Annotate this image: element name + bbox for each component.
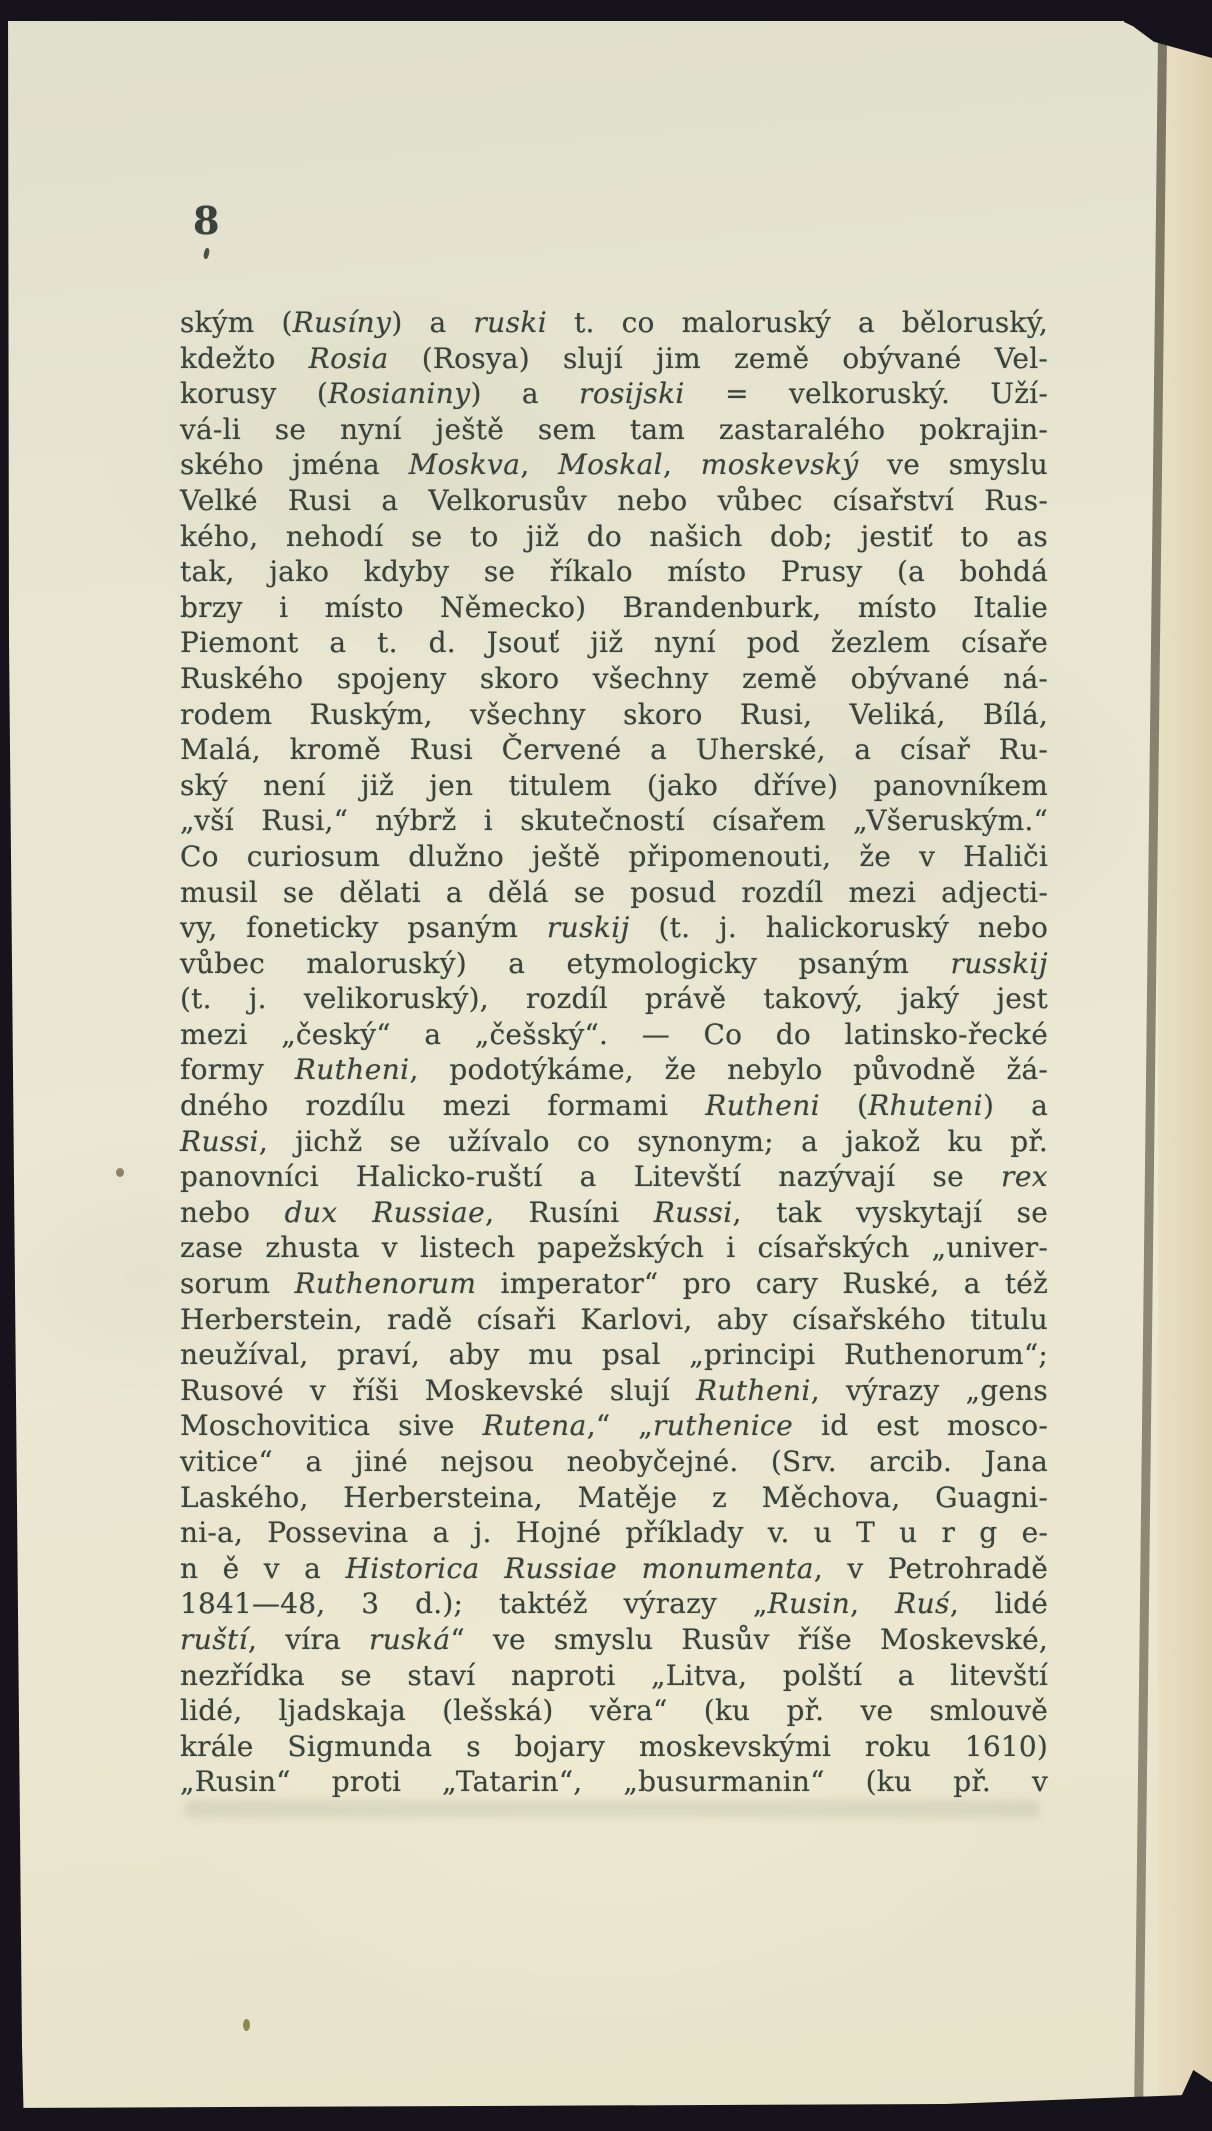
top-border bbox=[0, 0, 1212, 21]
text-line: vitice“ a jiné nejsou neobyčejné. (Srv. … bbox=[180, 1444, 1048, 1480]
text-line: rodem Ruským, všechny skoro Rusi, Veliká… bbox=[180, 697, 1048, 733]
text-line: vůbec maloruský) a etymologicky psaným r… bbox=[180, 946, 1048, 982]
text-line: formy Rutheni, podotýkáme, že nebylo pův… bbox=[180, 1052, 1048, 1088]
text-line: neužíval, praví, aby mu psal „principi R… bbox=[180, 1337, 1048, 1373]
text-line: korusy (Rosianiny) a rosijski = velkorus… bbox=[180, 376, 1048, 412]
adjacent-page-edge bbox=[1158, 0, 1212, 2131]
text-line: 1841—48, 3 d.); taktéž výrazy „Rusin, Ru… bbox=[180, 1586, 1048, 1622]
text-line: Moschovitica sive Rutena,“ „ruthenice id… bbox=[180, 1408, 1048, 1444]
text-line: ruští, víra ruská“ ve smyslu Rusův říše … bbox=[180, 1622, 1048, 1658]
text-line: krále Sigmunda s bojary moskevskými roku… bbox=[180, 1729, 1048, 1765]
text-line: panovníci Halicko-ruští a Litevští nazýv… bbox=[180, 1159, 1048, 1195]
text-line: tak, jako kdyby se říkalo místo Prusy (a… bbox=[180, 554, 1048, 590]
text-line: ského jména Moskva, Moskal, moskevský ve… bbox=[180, 447, 1048, 483]
text-line: Malá, kromě Rusi Červené a Uherské, a cí… bbox=[180, 732, 1048, 768]
ink-smudge bbox=[185, 1800, 1040, 1818]
text-line: vy, foneticky psaným ruskij (t. j. halic… bbox=[180, 910, 1048, 946]
ink-speck bbox=[243, 2019, 250, 2031]
body-text: ským (Rusíny) a ruski t. co maloruský a … bbox=[180, 305, 1048, 1800]
ink-speck bbox=[116, 1168, 124, 1177]
text-line: Velké Rusi a Velkorusův nebo vůbec císař… bbox=[180, 483, 1048, 519]
text-line: ni-a, Possevina a j. Hojné příklady v. u… bbox=[180, 1515, 1048, 1551]
text-line: nebo dux Russiae, Rusíni Russi, tak vysk… bbox=[180, 1195, 1048, 1231]
text-line: Russi, jichž se užívalo co synonym; a ja… bbox=[180, 1124, 1048, 1160]
text-line: n ě v a Historica Russiae monumenta, v P… bbox=[180, 1551, 1048, 1587]
text-line: musil se dělati a dělá se posud rozdíl m… bbox=[180, 875, 1048, 911]
text-line: Piemont a t. d. Jsouť již nyní pod žezle… bbox=[180, 625, 1048, 661]
page-number: 8 bbox=[193, 198, 219, 243]
text-line: kdežto Rosia (Rosya) slují jim země obýv… bbox=[180, 341, 1048, 377]
text-line: Rusové v říši Moskevské slují Rutheni, v… bbox=[180, 1373, 1048, 1409]
text-line: Herberstein, radě císaři Karlovi, aby cí… bbox=[180, 1302, 1048, 1338]
text-line: kého, nehodí se to již do našich dob; je… bbox=[180, 519, 1048, 555]
text-line: zase zhusta v listech papežských i císař… bbox=[180, 1230, 1048, 1266]
text-line: sorum Ruthenorum imperator“ pro cary Rus… bbox=[180, 1266, 1048, 1302]
text-line: Co curiosum dlužno ještě připomenouti, ž… bbox=[180, 839, 1048, 875]
text-line: mezi „český“ a „češský“. — Co do latinsk… bbox=[180, 1017, 1048, 1053]
text-line: Laského, Herbersteina, Matěje z Měchova,… bbox=[180, 1480, 1048, 1516]
text-line: dného rozdílu mezi formami Rutheni (Rhut… bbox=[180, 1088, 1048, 1124]
text-line: Ruského spojeny skoro všechny země obýva… bbox=[180, 661, 1048, 697]
text-line: nezřídka se staví naproti „Litva, polští… bbox=[180, 1658, 1048, 1694]
text-line: vá-li se nyní ještě sem tam zastaralého … bbox=[180, 412, 1048, 448]
text-line: (t. j. velikoruský), rozdíl právě takový… bbox=[180, 981, 1048, 1017]
text-line: brzy i místo Německo) Brandenburk, místo… bbox=[180, 590, 1048, 626]
scanned-book-page: 8 ským (Rusíny) a ruski t. co maloruský … bbox=[0, 0, 1212, 2131]
text-line: „vší Rusi,“ nýbrž i skutečností císařem … bbox=[180, 803, 1048, 839]
text-line: ský není již jen titulem (jako dříve) pa… bbox=[180, 768, 1048, 804]
text-line: ským (Rusíny) a ruski t. co maloruský a … bbox=[180, 305, 1048, 341]
text-line: „Rusin“ proti „Tatarin“, „busurmanin“ (k… bbox=[180, 1764, 1048, 1800]
text-line: lidé, ljadskaja (lešská) věra“ (ku př. v… bbox=[180, 1693, 1048, 1729]
